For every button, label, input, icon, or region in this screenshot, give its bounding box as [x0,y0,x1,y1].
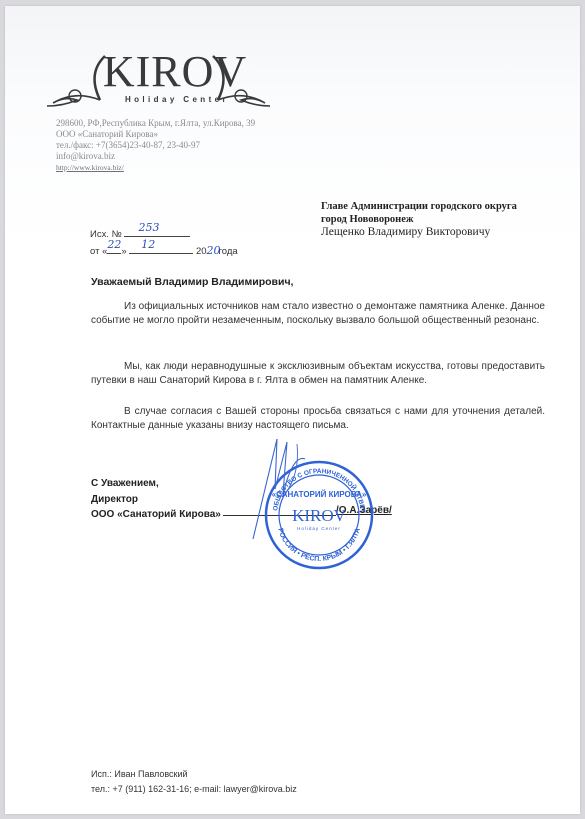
handwritten-signature-icon [245,434,325,544]
company-name: ООО «Санаторий Кирова» [56,129,255,140]
closing-position: Директор [91,492,221,508]
kirov-logo: KIROV Holiday Center [45,48,270,113]
letter-page: KIROV Holiday Center 298600, РФ,Республи… [5,6,580,814]
date-day: 22 [107,237,121,252]
addressee-city: город Нововоронеж [321,214,517,227]
date-month: 12 [141,237,155,252]
closing-regards: С Уважением, [91,476,221,492]
company-email: info@kirova.biz [56,151,255,162]
date-prefix: от « [90,246,107,257]
year-prefix: 20 [196,246,207,257]
date-mid: » [121,246,126,257]
letterhead-info: 298600, РФ,Республика Крым, г.Ялта, ул.К… [56,118,255,173]
company-phone: тел./факс: +7(3654)23-40-87, 23-40-97 [56,140,255,151]
paragraph-3: В случае согласия с Вашей стороны просьб… [91,405,545,433]
executor-name: Исп.: Иван Павловский [91,767,297,782]
logo-subtitle: Holiday Center [107,95,247,104]
outgoing-reference: Исх. № 253 от «22» 12 2020года [90,225,238,259]
addressee-name: Лещенко Владимиру Викторовичу [321,226,517,239]
paragraph-1: Из официальных источников нам стало изве… [91,300,545,328]
logo-text: KIROV [100,48,250,96]
addressee-block: Главе Администрации городского округа го… [321,201,517,239]
company-url: http://www.kirova.biz/ [56,162,255,173]
year-label: года [219,246,238,257]
executor-contacts: тел.: +7 (911) 162-31-16; e-mail: lawyer… [91,782,297,797]
ref-number-value: 253 [138,220,159,235]
footer-contacts: Исп.: Иван Павловский тел.: +7 (911) 162… [91,767,297,797]
company-address: 298600, РФ,Республика Крым, г.Ялта, ул.К… [56,118,255,129]
closing-block: С Уважением, Директор ООО «Санаторий Кир… [91,476,221,523]
addressee-title: Главе Администрации городского округа [321,201,517,214]
closing-company: ООО «Санаторий Кирова» [91,507,221,523]
year-suffix: 20 [207,243,221,258]
greeting: Уважаемый Владимир Владимирович, [91,276,293,288]
paragraph-2: Мы, как люди неравнодушные к эксклюзивны… [91,360,545,388]
